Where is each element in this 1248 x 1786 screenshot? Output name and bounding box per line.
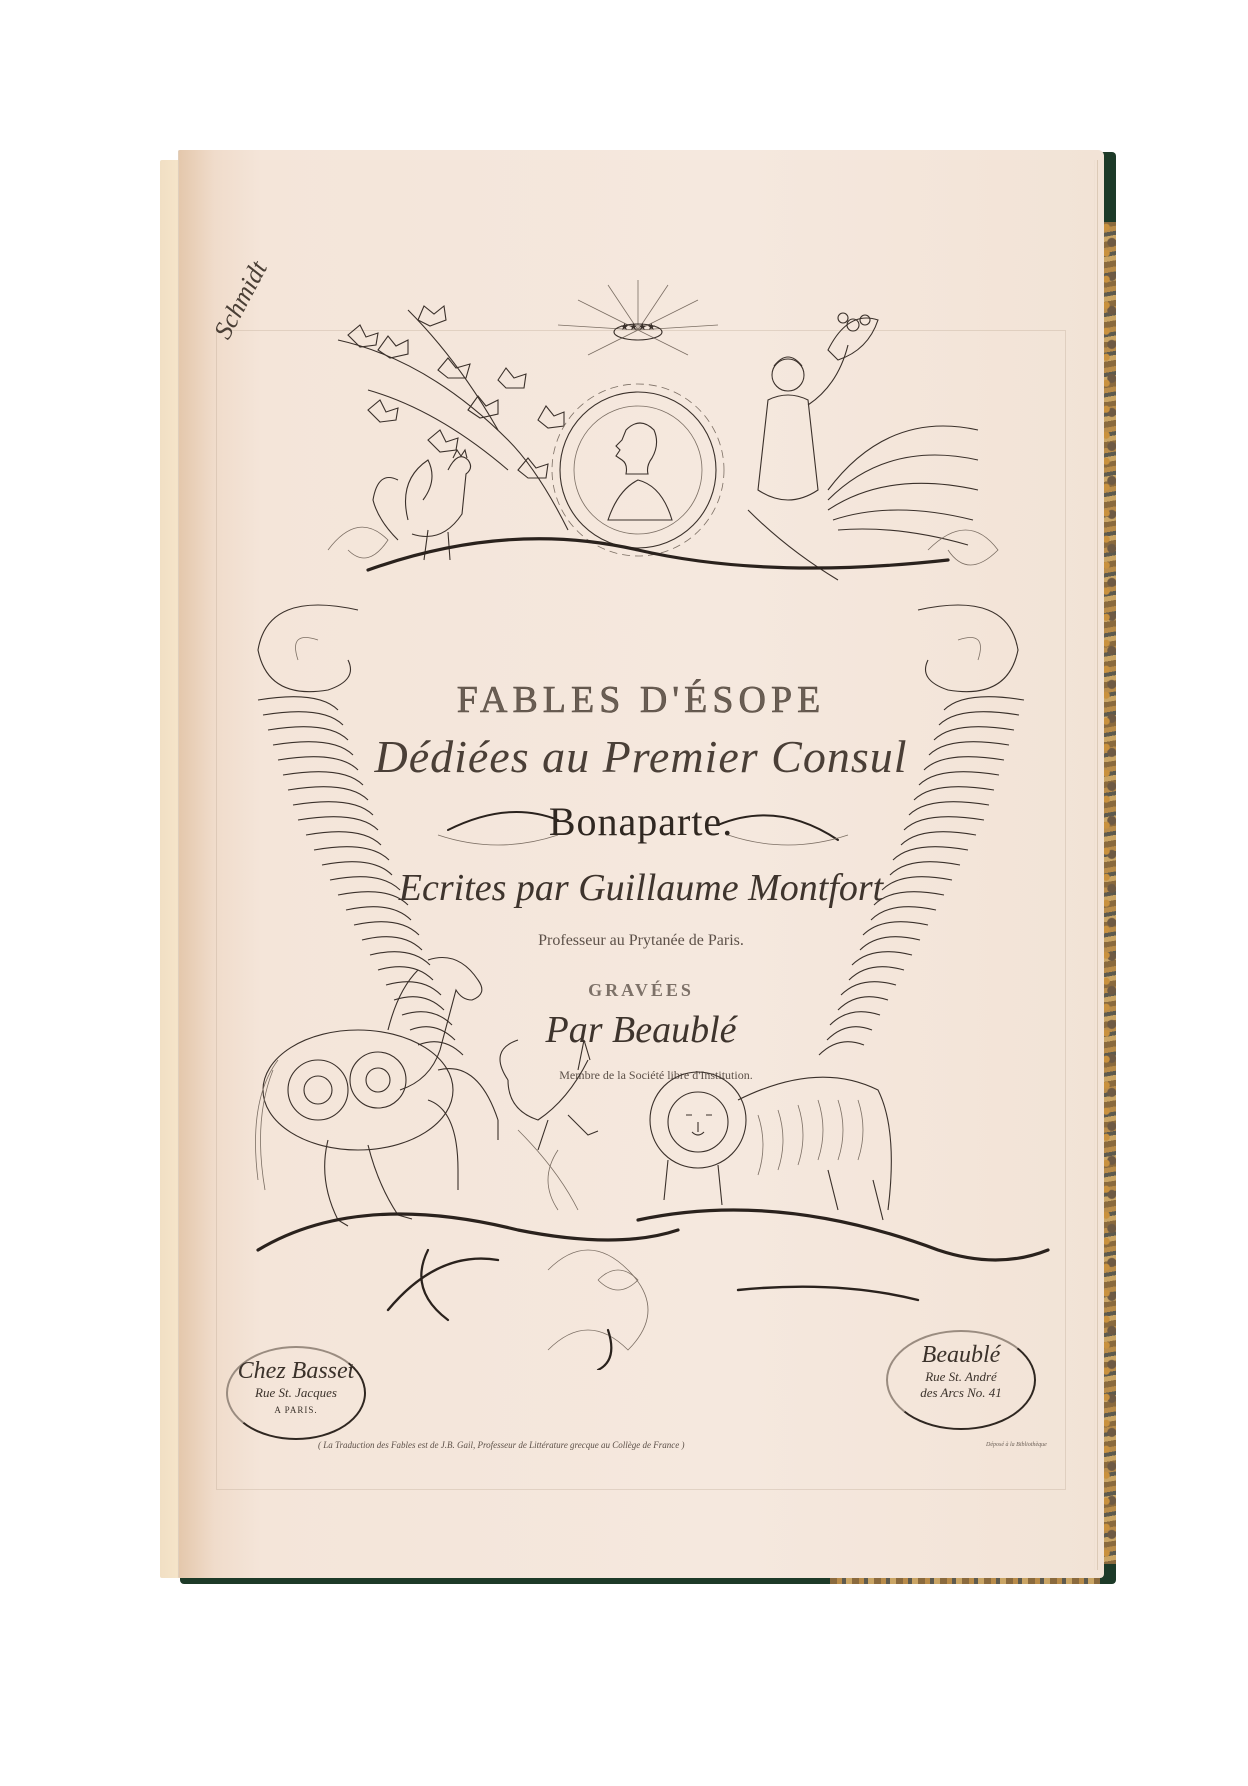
cornucopia-icon (828, 318, 878, 360)
book-title: FABLES D'ÉSOPE (178, 678, 1104, 722)
dedication-line: Dédiées au Premier Consul (178, 730, 1104, 783)
fox-icon (500, 1040, 598, 1210)
publisher-right-name: Beaublé (888, 1342, 1034, 1369)
publisher-right-street: Rue St. André (888, 1369, 1034, 1385)
dedicatee-name: Bonaparte. (178, 798, 1104, 845)
depot-note: Déposé à la Bibliothèque (986, 1442, 1047, 1448)
horse-icon (256, 958, 499, 1227)
page-edge (1094, 160, 1098, 1570)
portrait-medallion-icon (552, 384, 724, 556)
svg-text:★★★★: ★★★★ (620, 322, 656, 333)
translation-note: ( La Traduction des Fables est de J.B. G… (318, 1440, 978, 1450)
author-title: Professeur au Prytanée de Paris. (178, 932, 1104, 950)
publisher-cartouche-left: Chez Basset Rue St. Jacques A PARIS. (226, 1346, 366, 1440)
allegorical-figure-icon (748, 313, 878, 580)
publisher-left-city: A PARIS. (228, 1405, 364, 1415)
publisher-cartouche-right: Beaublé Rue St. André des Arcs No. 41 (886, 1330, 1036, 1430)
bottom-animals-illustration (218, 950, 1064, 1370)
author-line: Ecrites par Guillaume Montfort (178, 866, 1104, 910)
radiant-crown-icon: ★★★★ (558, 280, 718, 355)
publisher-left-name: Chez Basset (228, 1358, 364, 1385)
publisher-left-street: Rue St. Jacques (228, 1385, 364, 1401)
feathered-wing-icon (828, 426, 978, 545)
lion-icon (650, 1072, 891, 1220)
title-page: Schmidt ★★★★ (178, 150, 1104, 1578)
publisher-right-street2: des Arcs No. 41 (888, 1385, 1034, 1401)
rooster-icon (373, 450, 471, 560)
top-vignette-illustration: ★★★★ (308, 270, 1008, 600)
marbled-page-edge (1102, 222, 1116, 1564)
holly-branch-icon (338, 306, 568, 530)
top-flourishes-icon (328, 527, 998, 570)
